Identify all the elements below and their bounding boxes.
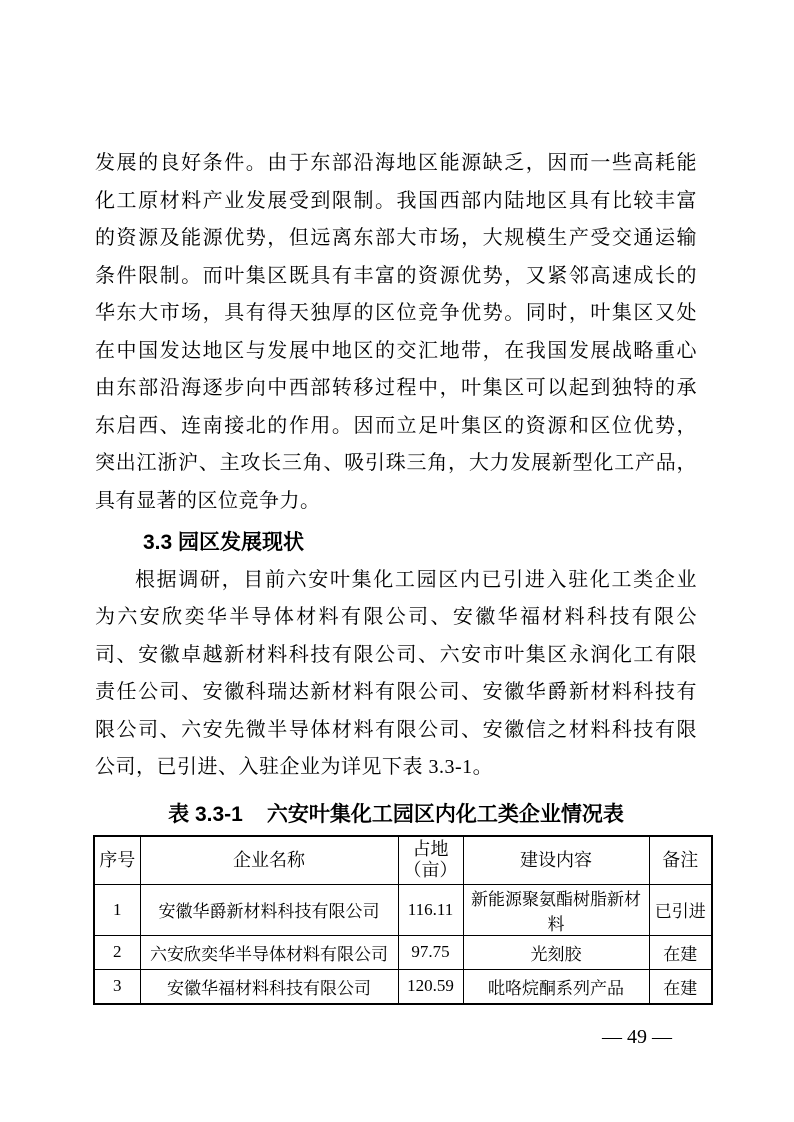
col-header-index: 序号 [94, 836, 140, 885]
cell-content: 吡咯烷酮系列产品 [463, 969, 649, 1004]
col-header-area: 占地 （亩） [398, 836, 463, 885]
paragraph-line: 东启西、连南接北的作用。因而立足叶集区的资源和区位优势， [95, 408, 697, 446]
document-page: 发展的良好条件。由于东部沿海地区能源缺乏，因而一些高耗能 化工原材料产业发展受到… [0, 0, 794, 1122]
cell-index: 3 [94, 969, 140, 1004]
cell-index: 1 [94, 884, 140, 935]
paragraph-park-status: 根据调研，目前六安叶集化工园区内已引进入驻化工类企业 为六安欣奕华半导体材料有限… [95, 562, 697, 787]
cell-company: 安徽华爵新材料科技有限公司 [140, 884, 398, 935]
table-row: 2 六安欣奕华半导体材料有限公司 97.75 光刻胶 在建 [94, 935, 712, 969]
section-heading: 3.3 园区发展现状 [95, 524, 697, 562]
col-header-remark: 备注 [649, 836, 712, 885]
cell-remark: 已引进 [649, 884, 712, 935]
paragraph-line: 公司，已引进、入驻企业为详见下表 3.3-1。 [95, 749, 697, 787]
paragraph-line: 的资源及能源优势，但远离东部大市场，大规模生产受交通运输 [95, 220, 697, 258]
table-caption-title: 六安叶集化工园区内化工类企业情况表 [267, 803, 624, 826]
paragraph-line: 司、安徽卓越新材料科技有限公司、六安市叶集区永润化工有限 [95, 637, 697, 675]
paragraph-line: 具有显著的区位竞争力。 [95, 483, 697, 521]
cell-index: 2 [94, 935, 140, 969]
cell-remark: 在建 [649, 935, 712, 969]
paragraph-line: 化工原材料产业发展受到限制。我国西部内陆地区具有比较丰富 [95, 183, 697, 221]
cell-area: 116.11 [398, 884, 463, 935]
paragraph-region-advantages: 发展的良好条件。由于东部沿海地区能源缺乏，因而一些高耗能 化工原材料产业发展受到… [95, 0, 697, 520]
table-row: 1 安徽华爵新材料科技有限公司 116.11 新能源聚氨酯树脂新材料 已引进 [94, 884, 712, 935]
table-header-row: 序号 企业名称 占地 （亩） 建设内容 备注 [94, 836, 712, 885]
col-header-content: 建设内容 [463, 836, 649, 885]
cell-area: 120.59 [398, 969, 463, 1004]
paragraph-line: 突出江浙沪、主攻长三角、吸引珠三角，大力发展新型化工产品， [95, 445, 697, 483]
cell-content: 新能源聚氨酯树脂新材料 [463, 884, 649, 935]
cell-remark: 在建 [649, 969, 712, 1004]
paragraph-line: 在中国发达地区与发展中地区的交汇地带，在我国发展战略重心 [95, 333, 697, 371]
page-number: — 49 — [0, 1025, 794, 1049]
table-caption: 表 3.3-1六安叶集化工园区内化工类企业情况表 [95, 798, 697, 832]
paragraph-line: 为六安欣奕华半导体材料有限公司、安徽华福材料科技有限公 [95, 599, 697, 637]
paragraph-line: 由东部沿海逐步向中西部转移过程中，叶集区可以起到独特的承 [95, 370, 697, 408]
paragraph-line: 限公司、六安先微半导体材料有限公司、安徽信之材料科技有限 [95, 712, 697, 750]
paragraph-line: 条件限制。而叶集区既具有丰富的资源优势，又紧邻高速成长的 [95, 258, 697, 296]
table-caption-label: 表 3.3-1 [168, 803, 243, 826]
cell-content: 光刻胶 [463, 935, 649, 969]
paragraph-line: 发展的良好条件。由于东部沿海地区能源缺乏，因而一些高耗能 [95, 145, 697, 183]
paragraph-line: 责任公司、安徽科瑞达新材料有限公司、安徽华爵新材料科技有 [95, 674, 697, 712]
cell-company: 安徽华福材料科技有限公司 [140, 969, 398, 1004]
table-row: 3 安徽华福材料科技有限公司 120.59 吡咯烷酮系列产品 在建 [94, 969, 712, 1004]
text-column: 发展的良好条件。由于东部沿海地区能源缺乏，因而一些高耗能 化工原材料产业发展受到… [95, 0, 697, 1005]
paragraph-line: 根据调研，目前六安叶集化工园区内已引进入驻化工类企业 [95, 562, 697, 600]
enterprise-table: 序号 企业名称 占地 （亩） 建设内容 备注 1 安徽华爵新材料科技有限公司 1… [93, 835, 713, 1005]
paragraph-line: 华东大市场，具有得天独厚的区位竞争优势。同时，叶集区又处 [95, 295, 697, 333]
cell-company: 六安欣奕华半导体材料有限公司 [140, 935, 398, 969]
col-header-company: 企业名称 [140, 836, 398, 885]
cell-area: 97.75 [398, 935, 463, 969]
